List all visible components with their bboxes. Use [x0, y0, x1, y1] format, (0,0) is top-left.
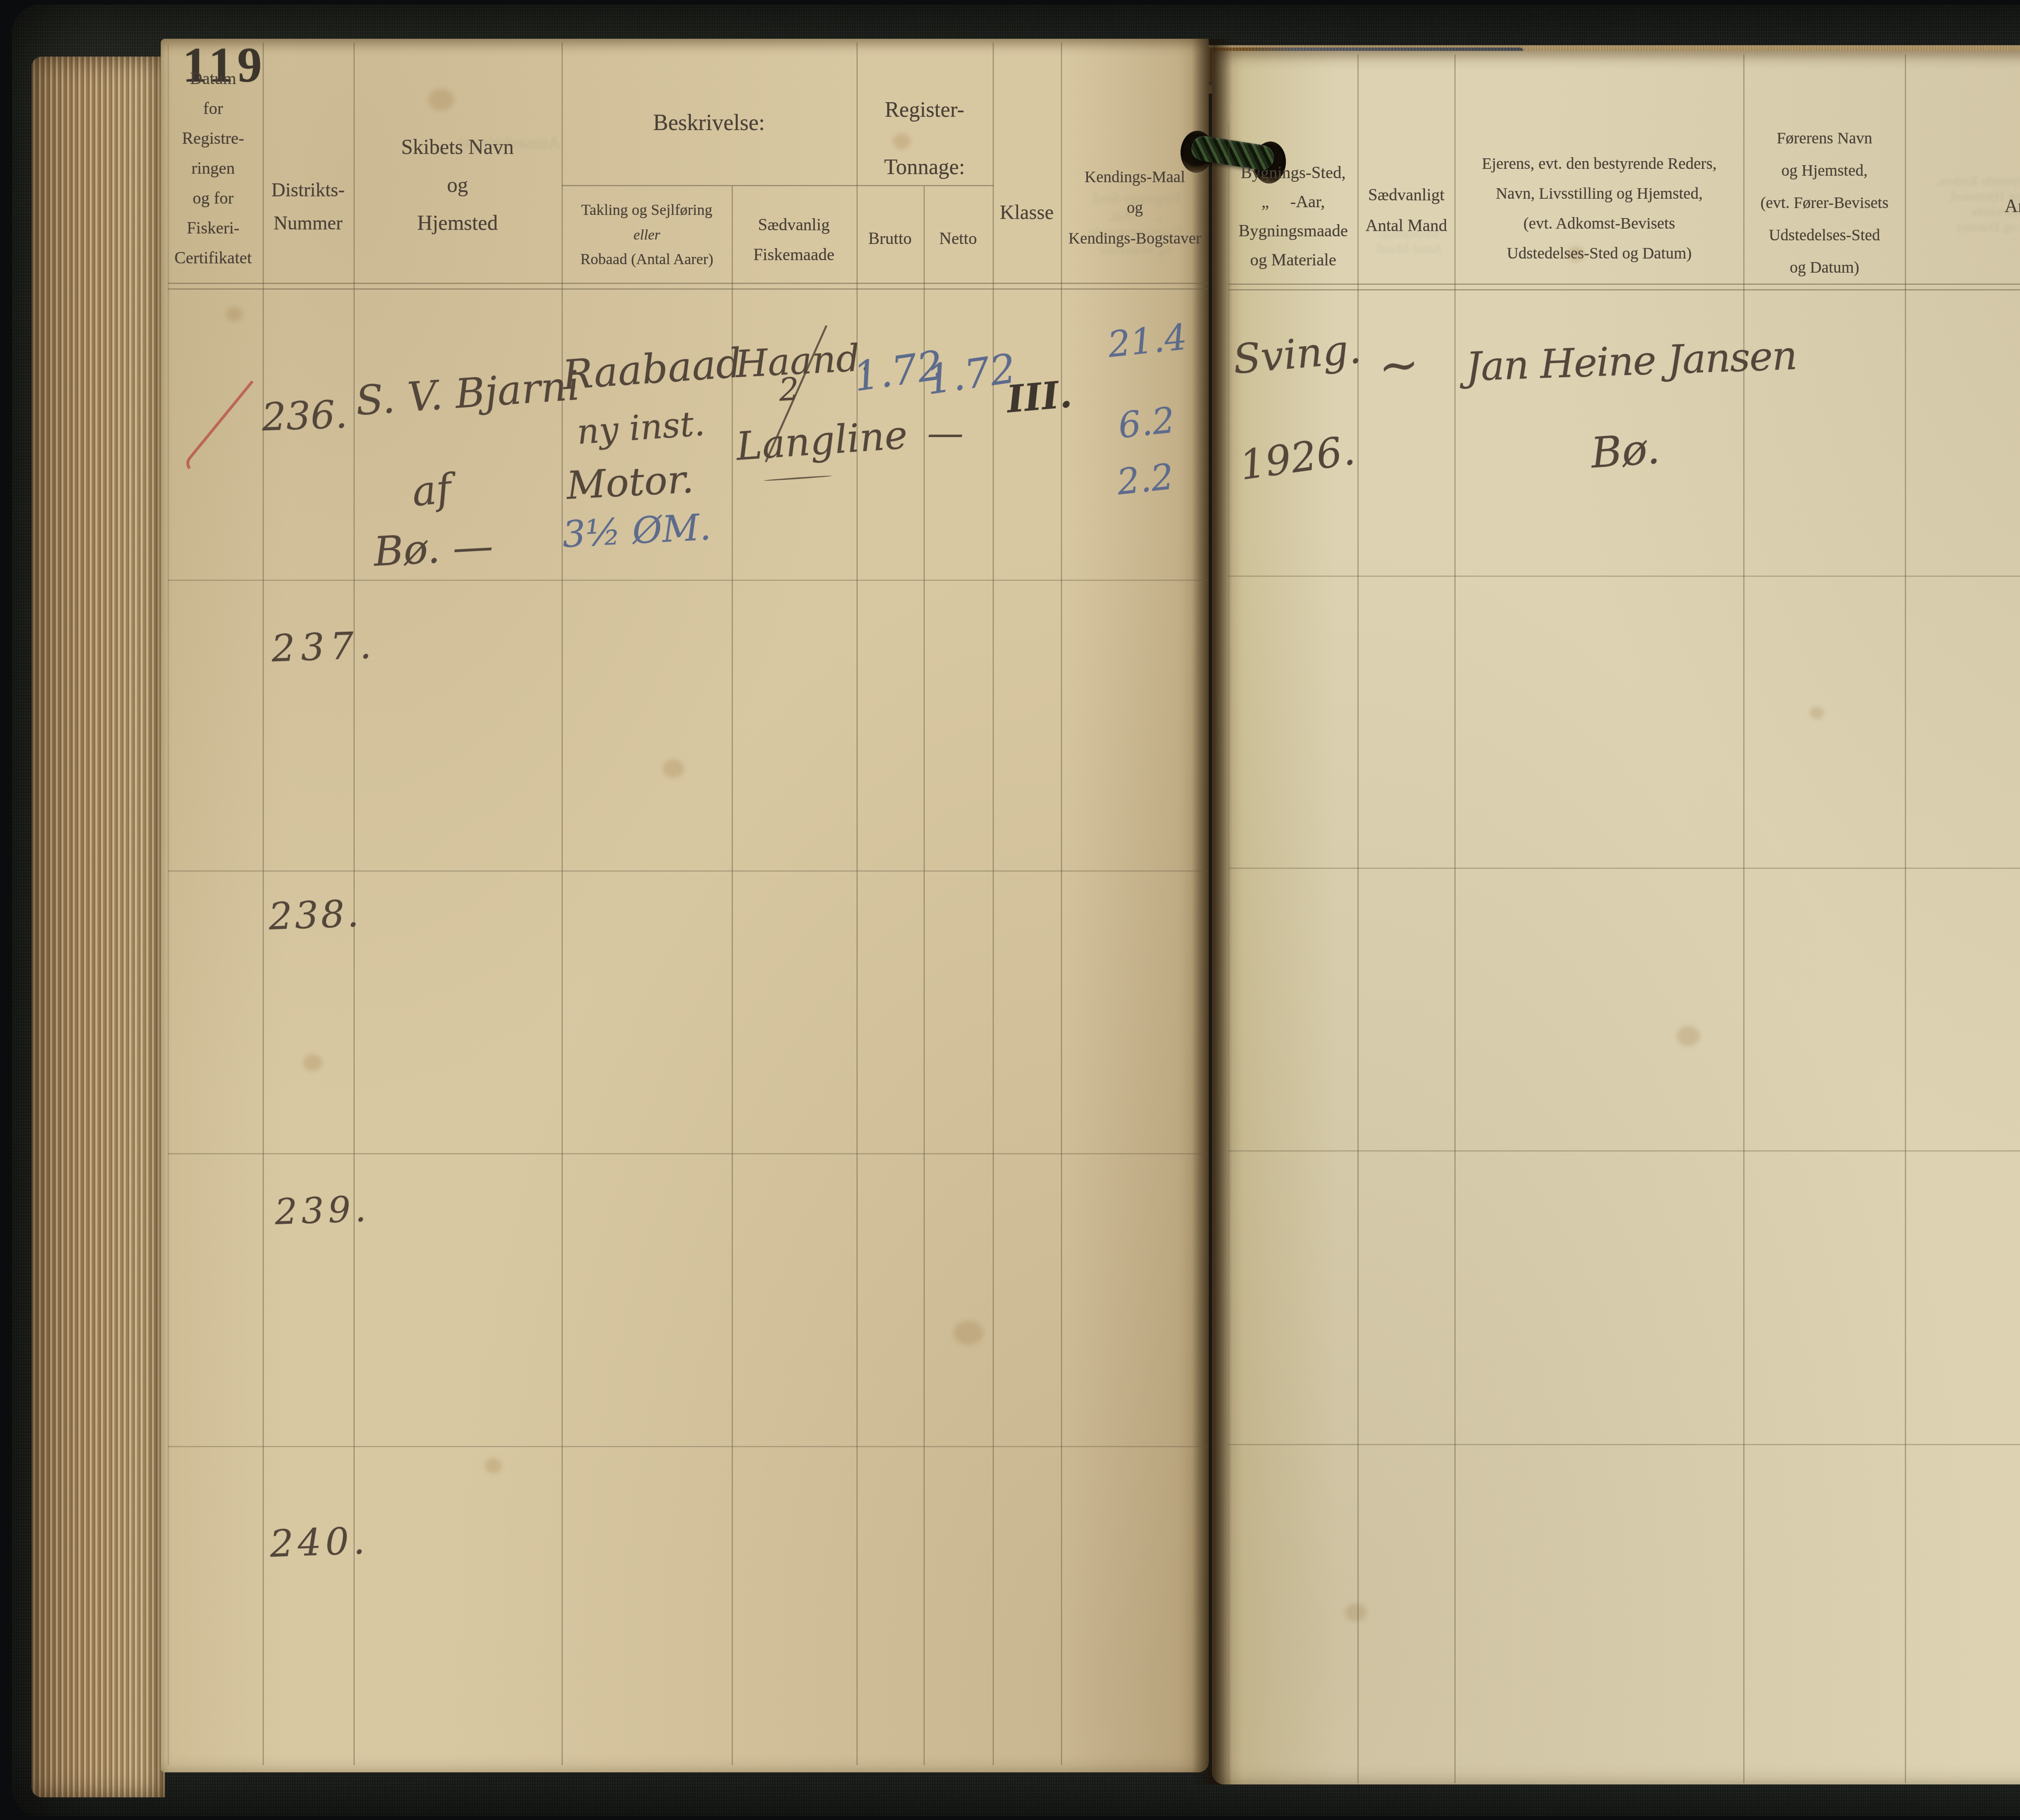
- header-skibets-navn: Skibets Navn og Hjemsted: [353, 128, 562, 242]
- header-anmaerkninger: Anmærkninger: [1906, 192, 2020, 220]
- header-ejerens: Ejerens, evt. den bestyrende Reders, Nav…: [1455, 149, 1743, 268]
- stain: [226, 307, 242, 322]
- column-rule: [924, 186, 925, 1765]
- column-rule: [993, 42, 994, 1765]
- header-kendings: Kendings-Maal og Kendings-Bogstaver: [1061, 162, 1209, 254]
- entry-ejer-hjemsted: Bø.: [1589, 424, 1661, 478]
- column-rule: [1228, 121, 1229, 1783]
- entry-takling-hk: 3½ ØM.: [562, 506, 712, 556]
- column-rule: [1357, 55, 1359, 1783]
- row-rule: [1228, 576, 2020, 577]
- header-bottom-rule: [168, 288, 1208, 290]
- header-bottom-rule: [1228, 284, 2020, 285]
- column-rule: [1061, 42, 1062, 1765]
- column-rule: [1743, 55, 1744, 1783]
- column-rule: [1905, 55, 1906, 1783]
- stain: [428, 89, 454, 111]
- stain: [953, 1321, 983, 1345]
- entry-kendings-length: 21.4: [1106, 316, 1189, 366]
- entry-kendings-depth: 2.2: [1115, 456, 1176, 503]
- entry-takling-motor: Motor.: [565, 457, 694, 508]
- row-rule: [1228, 1444, 2020, 1445]
- header-distrikts-nummer: Distrikts- Nummer: [263, 174, 353, 240]
- header-register-tonnage: Register- Tonnage:: [856, 81, 993, 195]
- stain: [1345, 1604, 1366, 1621]
- entry-distrikts-nummer: 240.: [269, 1519, 369, 1566]
- stain: [1677, 1026, 1700, 1046]
- entry-ship-home: Bø. —: [372, 522, 494, 575]
- entry-antal-mand: ~: [1376, 336, 1421, 395]
- stain: [303, 1054, 322, 1071]
- stain: [1810, 707, 1824, 719]
- header-beskrivelse: Beskrivelse:: [562, 106, 856, 140]
- right-page: [1212, 51, 2020, 1784]
- column-rule: [1454, 55, 1456, 1783]
- column-rule: [562, 42, 563, 1765]
- header-bottom-rule: [168, 283, 1208, 284]
- row-rule: [168, 1446, 1208, 1447]
- row-rule: [168, 580, 1208, 581]
- row-rule: [168, 870, 1208, 872]
- header-datum: Datum for Registre- ringen og for Fisker…: [164, 64, 263, 273]
- header-takling-line3: Robaad (Antal Aarer): [564, 248, 730, 271]
- row-rule: [1228, 868, 2020, 869]
- column-rule: [856, 42, 858, 1765]
- header-bottom-rule: [1228, 289, 2020, 290]
- page-stack-left: [32, 57, 165, 1797]
- column-rule: [168, 44, 169, 1765]
- red-check-icon: [184, 376, 261, 477]
- header-bygnings-sted: Bygnings-Sted, „ -Aar, Bygningsmaade og …: [1229, 158, 1357, 275]
- entry-netto-mark: —: [927, 412, 964, 454]
- header-antal-mand: Sædvanligt Antal Mand: [1358, 180, 1454, 241]
- entry-distrikts-nummer: 238.: [268, 892, 362, 938]
- header-brutto: Brutto: [856, 226, 924, 252]
- stain: [663, 759, 684, 778]
- entry-distrikts-nummer: 236.: [261, 392, 348, 439]
- gutter-shadow: [1192, 39, 1232, 1784]
- header-klasse: Klasse: [993, 197, 1061, 227]
- entry-klasse: III.: [1005, 372, 1074, 421]
- entry-ship-af: af: [410, 464, 453, 515]
- entry-fraction-2: 2: [778, 371, 800, 408]
- register-book-spread: Anmærkninger Bygnings-Sted, „ -Aar, Bygn…: [0, 0, 2020, 1820]
- header-fiskemaade: Sædvanlig Fiskemaade: [733, 210, 854, 270]
- entry-distrikts-nummer: 237.: [271, 623, 377, 670]
- stain: [485, 1458, 502, 1473]
- entry-kendings-breadth: 6.2: [1116, 399, 1177, 446]
- row-rule: [1228, 1150, 2020, 1152]
- header-netto: Netto: [924, 226, 993, 252]
- column-rule: [732, 186, 733, 1765]
- row-rule: [168, 1153, 1208, 1154]
- entry-distrikts-nummer: 239.: [274, 1188, 370, 1233]
- column-rule: [263, 42, 264, 1765]
- header-takling-line1: Takling og Sejlføring: [564, 199, 730, 222]
- header-forerens: Førerens Navn og Hjemsted, (evt. Fører-B…: [1744, 122, 1905, 284]
- header-takling-line2: eller: [564, 224, 730, 246]
